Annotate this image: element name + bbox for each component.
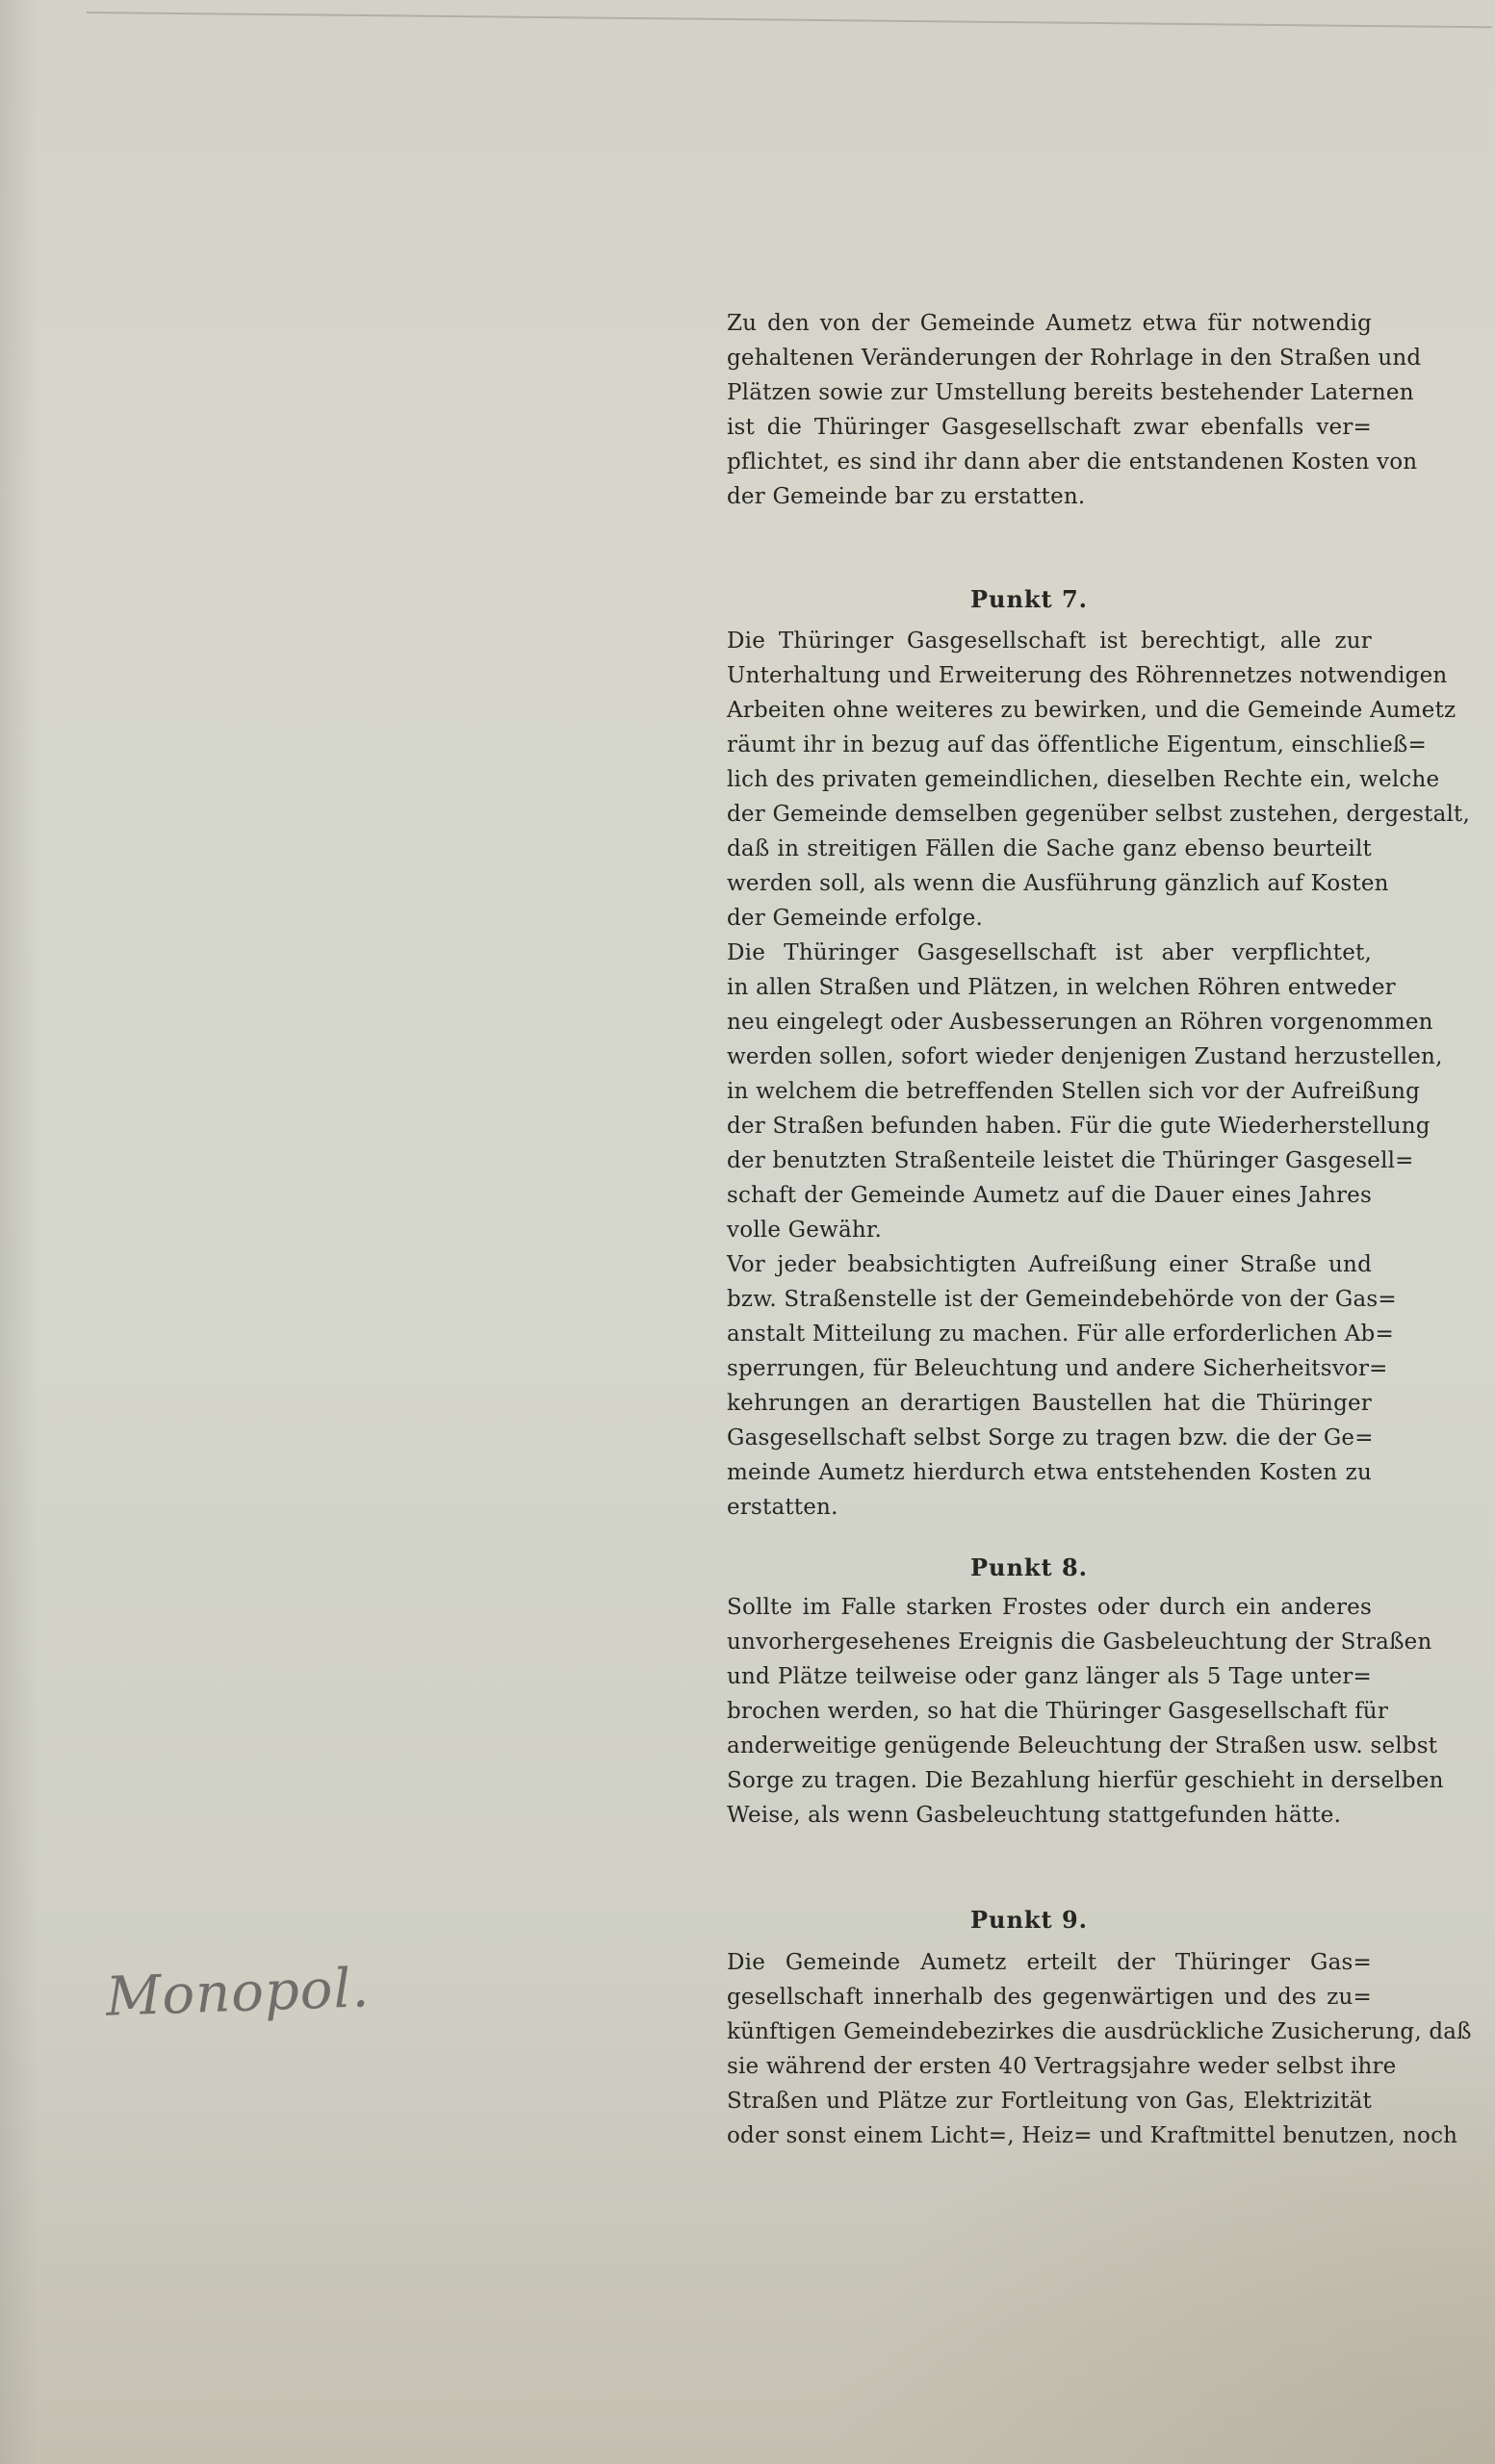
text-line: ist die Thüringer Gasgesellschaft zwar e…	[686, 410, 1372, 445]
text-line: Sollte im Falle starken Frostes oder dur…	[686, 1590, 1372, 1625]
text-line: Vor jeder beabsichtigten Aufreißung eine…	[686, 1247, 1372, 1282]
text-line: sperrungen, für Beleuchtung und andere S…	[686, 1351, 1372, 1386]
text-line: der Straßen befunden haben. Für die gute…	[686, 1109, 1372, 1143]
text-line: volle Gewähr.	[686, 1213, 1372, 1247]
text-line: räumt ihr in bezug auf das öffentliche E…	[686, 728, 1372, 762]
section-heading-punkt-9: Punkt 9.	[686, 1906, 1372, 1934]
paragraph: Sollte im Falle starken Frostes oder dur…	[686, 1590, 1372, 1833]
text-line: schaft der Gemeinde Aumetz auf die Dauer…	[686, 1178, 1372, 1213]
text-line: werden sollen, sofort wieder denjenigen …	[686, 1039, 1372, 1074]
text-line: meinde Aumetz hierdurch etwa entstehende…	[686, 1455, 1372, 1490]
text-line: oder sonst einem Licht=, Heiz= und Kraft…	[686, 2118, 1372, 2153]
text-line: und Plätze teilweise oder ganz länger al…	[686, 1659, 1372, 1694]
text-line: der Gemeinde erfolge.	[686, 901, 1372, 936]
text-line: gehaltenen Veränderungen der Rohrlage in…	[686, 341, 1372, 375]
section-punkt-9: Die Gemeinde Aumetz erteilt der Thüringe…	[686, 1945, 1372, 2153]
text-line: Unterhaltung und Erweiterung des Röhrenn…	[686, 658, 1372, 693]
text-line: Zu den von der Gemeinde Aumetz etwa für …	[686, 306, 1372, 341]
text-line: Die Gemeinde Aumetz erteilt der Thüringe…	[686, 1945, 1372, 1980]
text-line: brochen werden, so hat die Thüringer Gas…	[686, 1694, 1372, 1729]
text-line: Die Thüringer Gasgesellschaft ist aber v…	[686, 936, 1372, 970]
text-line: Sorge zu tragen. Die Bezahlung hierfür g…	[686, 1763, 1372, 1798]
text-line: kehrungen an derartigen Baustellen hat d…	[686, 1386, 1372, 1421]
page-shadow-left	[0, 0, 39, 2464]
paragraph: Zu den von der Gemeinde Aumetz etwa für …	[686, 306, 1372, 514]
text-line: Plätzen sowie zur Umstellung bereits bes…	[686, 375, 1372, 410]
text-line: werden soll, als wenn die Ausführung gän…	[686, 866, 1372, 901]
section-punkt-8: Sollte im Falle starken Frostes oder dur…	[686, 1590, 1372, 1833]
paragraph: Die Thüringer Gasgesellschaft ist berech…	[686, 624, 1372, 936]
text-line: Die Thüringer Gasgesellschaft ist berech…	[686, 624, 1372, 658]
text-line: der Gemeinde bar zu erstatten.	[686, 479, 1372, 514]
handwritten-margin-note: Monopol.	[105, 1957, 371, 2029]
text-line: pflichtet, es sind ihr dann aber die ent…	[686, 445, 1372, 479]
text-line: der benutzten Straßenteile leistet die T…	[686, 1143, 1372, 1178]
section-punkt-7: Die Thüringer Gasgesellschaft ist berech…	[686, 624, 1372, 1525]
paragraph: Die Gemeinde Aumetz erteilt der Thüringe…	[686, 1945, 1372, 2153]
text-line: lich des privaten gemeindlichen, dieselb…	[686, 762, 1372, 797]
paragraph: Vor jeder beabsichtigten Aufreißung eine…	[686, 1247, 1372, 1525]
text-line: anderweitige genügende Beleuchtung der S…	[686, 1729, 1372, 1763]
text-line: in welchem die betreffenden Stellen sich…	[686, 1074, 1372, 1109]
page-top-edge	[87, 2, 1492, 28]
text-line: der Gemeinde demselben gegenüber selbst …	[686, 797, 1372, 832]
text-line: in allen Straßen und Plätzen, in welchen…	[686, 970, 1372, 1005]
text-line: daß in streitigen Fällen die Sache ganz …	[686, 832, 1372, 866]
text-line: Arbeiten ohne weiteres zu bewirken, und …	[686, 693, 1372, 728]
paragraph: Die Thüringer Gasgesellschaft ist aber v…	[686, 936, 1372, 1247]
text-line: gesellschaft innerhalb des gegenwärtigen…	[686, 1980, 1372, 2015]
text-line: Gasgesellschaft selbst Sorge zu tragen b…	[686, 1421, 1372, 1455]
section-intro: Zu den von der Gemeinde Aumetz etwa für …	[686, 306, 1372, 514]
text-line: Straßen und Plätze zur Fortleitung von G…	[686, 2084, 1372, 2118]
text-line: erstatten.	[686, 1490, 1372, 1525]
text-line: künftigen Gemeindebezirkes die ausdrückl…	[686, 2015, 1372, 2049]
section-heading-punkt-8: Punkt 8.	[686, 1553, 1372, 1581]
text-line: bzw. Straßenstelle ist der Gemeindebehör…	[686, 1282, 1372, 1317]
text-line: sie während der ersten 40 Vertragsjahre …	[686, 2049, 1372, 2084]
section-heading-punkt-7: Punkt 7.	[686, 585, 1372, 613]
text-line: anstalt Mitteilung zu machen. Für alle e…	[686, 1317, 1372, 1351]
text-line: unvorhergesehenes Ereignis die Gasbeleuc…	[686, 1625, 1372, 1659]
text-line: neu eingelegt oder Ausbesserungen an Röh…	[686, 1005, 1372, 1039]
text-line: Weise, als wenn Gasbeleuchtung stattgefu…	[686, 1798, 1372, 1833]
